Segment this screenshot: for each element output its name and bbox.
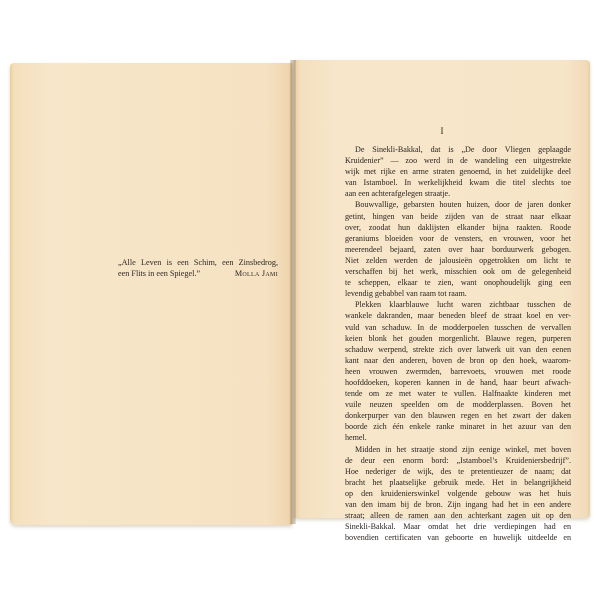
text-line: over, zoodat hun daklijsten elkander bij… [335, 222, 571, 233]
epigraph-attribution: Molla Jami [235, 268, 278, 279]
text-line: geraniums bloeiden voor de vensters, en … [335, 233, 571, 244]
text-line: Sinekli-Bakkal. Maar omdat het drie verd… [335, 521, 571, 532]
text-line: aan een achterafgelegen straatje. [335, 188, 571, 199]
text-line: Hoe nederiger de wijk, des te pretentieu… [335, 466, 571, 477]
text-line: van den imam bij de bron. Zijn ingang ha… [335, 499, 571, 510]
text-line: de deur een enorm bord: „Istamboel’s Kru… [335, 455, 571, 466]
text-line: wankele dakranden, maar beneden bleef de… [335, 310, 571, 321]
epigraph: „Alle Leven is een Schim, een Zinsbedrog… [118, 257, 278, 279]
text-line: hemel. [335, 432, 571, 443]
text-line: schaduw werpend, strekte zich over latwe… [335, 344, 571, 355]
text-line: wijk met rijke en arme straten genoemd, … [335, 166, 571, 177]
text-line: levendig gebabbel van raam tot raam. [335, 288, 571, 299]
book-spine [290, 60, 296, 524]
text-line: bovendien certificaten van geboorte en h… [335, 532, 571, 543]
text-line: te scheppen, elkaar te zien, want onopho… [335, 277, 571, 288]
open-book: „Alle Leven is een Schim, een Zinsbedrog… [10, 58, 592, 528]
text-line: Plekken klaarblauwe lucht waren zichtbaa… [335, 299, 571, 310]
text-line: vuile neuzen speelden om de modderplasse… [335, 399, 571, 410]
epigraph-line-1: „Alle Leven is een Schim, een Zinsbedrog… [118, 257, 278, 268]
paragraph: Bouwvallige, gebarsten houten huizen, do… [335, 199, 571, 299]
text-line: op den kruidenierswinkel volgende gebouw… [335, 488, 571, 499]
text-line: verschaffen bij het werk, misschien ook … [335, 266, 571, 277]
text-line: Bouwvallige, gebarsten houten huizen, do… [335, 199, 571, 210]
paragraph: De Sinekli-Bakkal, dat is „De door Vlieg… [335, 144, 571, 199]
text-line: hoofddoeken, koperen kannen in de hand, … [335, 377, 571, 388]
right-page: I De Sinekli-Bakkal, dat is „De door Vli… [294, 60, 590, 518]
text-line: heen vrouwen zwermden, barrevoets, vrouw… [335, 366, 571, 377]
text-line: tende om ze met water te vullen. Halfnaa… [335, 388, 571, 399]
body-text: De Sinekli-Bakkal, dat is „De door Vlieg… [335, 144, 571, 543]
epigraph-line-2: een Flits in een Spiegel.” [118, 269, 200, 278]
text-line: Niet zelden werden de jalousieën opgetro… [335, 255, 571, 266]
text-line: meerendeel bejaard, zaten over haar bord… [335, 244, 571, 255]
paragraph: Plekken klaarblauwe lucht waren zichtbaa… [335, 299, 571, 443]
text-line: keien blonk het gouden morgenlicht. Blau… [335, 333, 571, 344]
text-line: van Istamboel. In werkelijkheid kwam die… [335, 177, 571, 188]
text-line: Kruidenier” — zoo werd in de wandeling e… [335, 155, 571, 166]
text-line: De Sinekli-Bakkal, dat is „De door Vlieg… [335, 144, 571, 155]
text-line: bracht het plaatselijke gebruik mede. He… [335, 477, 571, 488]
epigraph-line-2-wrap: een Flits in een Spiegel.” Molla Jami [118, 268, 278, 279]
text-line: straat; alleen de ramen aan den achterka… [335, 510, 571, 521]
text-line: getint, hingen van beide zijden van de s… [335, 211, 571, 222]
chapter-number: I [294, 126, 590, 136]
text-line: Midden in het straatje stond zijn eenige… [335, 444, 571, 455]
left-page: „Alle Leven is een Schim, een Zinsbedrog… [10, 63, 292, 525]
text-line: vuld van schaduw. In de modderpoelen tus… [335, 322, 571, 333]
text-line: kant naar den anderen, boven de bron op … [335, 355, 571, 366]
text-line: donkerpurper van den blauwen regen en he… [335, 410, 571, 421]
text-line: boorde zich één enkele ranke minaret in … [335, 421, 571, 432]
paragraph: Midden in het straatje stond zijn eenige… [335, 444, 571, 544]
